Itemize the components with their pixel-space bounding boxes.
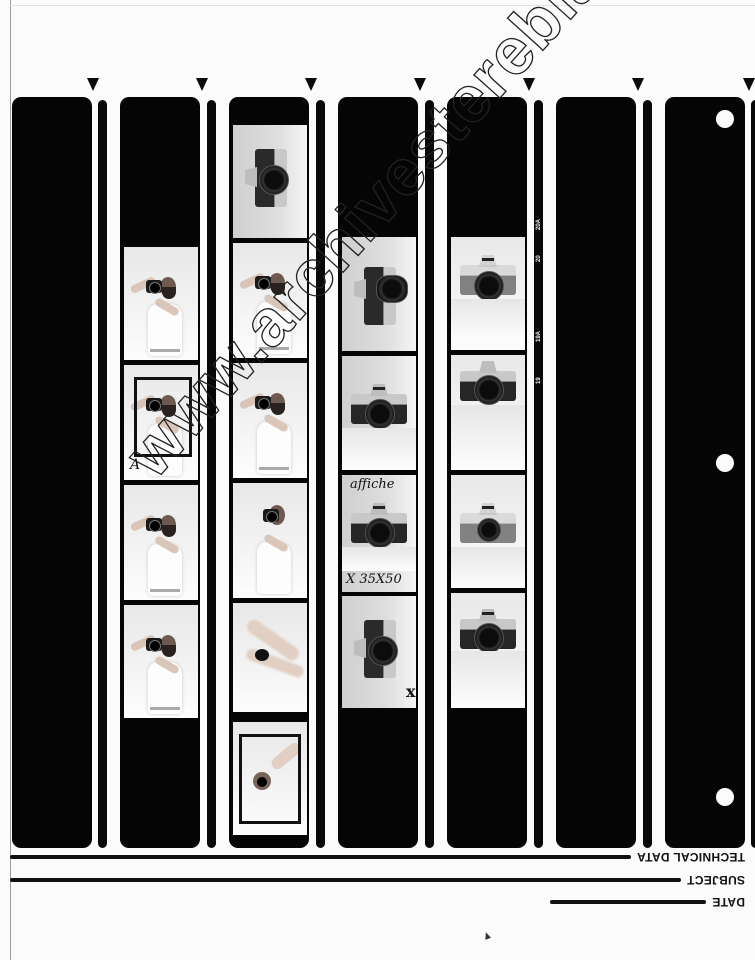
frame[interactable]	[342, 356, 416, 470]
technical-data-line[interactable]	[10, 855, 631, 859]
frame[interactable]	[124, 605, 198, 718]
film-rail-4	[425, 100, 434, 848]
film-strip-3	[229, 97, 309, 848]
alignment-triangle-icon	[196, 78, 208, 91]
subject-line[interactable]	[10, 878, 681, 882]
alignment-triangle-icon	[743, 78, 755, 91]
frame[interactable]	[451, 593, 525, 708]
film-strip-6	[556, 97, 636, 848]
film-strip-5	[447, 97, 527, 848]
film-rail-1	[98, 100, 107, 848]
frame[interactable]	[124, 247, 198, 360]
film-rail-5	[534, 100, 543, 848]
frame[interactable]	[451, 237, 525, 350]
cursor-icon	[483, 931, 491, 940]
frame[interactable]	[233, 722, 307, 835]
technical-data-label: TECHNICAL DATA	[637, 850, 745, 864]
subject-label: SUBJECT	[687, 873, 745, 887]
frame-note-size: X 35X50	[346, 572, 402, 587]
edge-number: 20	[536, 255, 542, 262]
technical-data-row: TECHNICAL DATA	[10, 850, 745, 864]
edge-number: 19A	[536, 331, 542, 342]
punch-hole-icon	[716, 110, 734, 128]
edge-number: 19	[536, 377, 542, 384]
film-strip-1	[12, 97, 92, 848]
frame[interactable]	[124, 485, 198, 600]
date-line[interactable]	[550, 900, 706, 904]
alignment-triangle-icon	[305, 78, 317, 91]
frame[interactable]	[451, 475, 525, 588]
frame[interactable]: x	[342, 596, 416, 708]
punch-hole-icon	[716, 788, 734, 806]
punch-hole-icon	[716, 454, 734, 472]
crop-mark-box	[239, 734, 301, 824]
film-rail-6	[643, 100, 652, 848]
film-rail-7	[751, 100, 755, 848]
frame[interactable]	[233, 125, 307, 238]
frame-note-affiche: affiche	[350, 477, 394, 492]
edge-number: 20A	[536, 219, 542, 230]
scan-top-edge	[10, 5, 755, 6]
frame[interactable]	[451, 355, 525, 470]
subject-row: SUBJECT	[10, 873, 745, 887]
scan-left-edge	[10, 0, 11, 960]
frame[interactable]: affiche X 35X50	[342, 475, 416, 592]
frame[interactable]	[233, 483, 307, 598]
frame[interactable]	[233, 603, 307, 712]
date-row: DATE	[550, 895, 745, 909]
date-label: DATE	[712, 895, 745, 909]
film-strip-7	[665, 97, 745, 848]
alignment-triangle-icon	[632, 78, 644, 91]
alignment-triangle-icon	[87, 78, 99, 91]
reject-mark: x	[406, 682, 416, 701]
film-rail-2	[207, 100, 216, 848]
